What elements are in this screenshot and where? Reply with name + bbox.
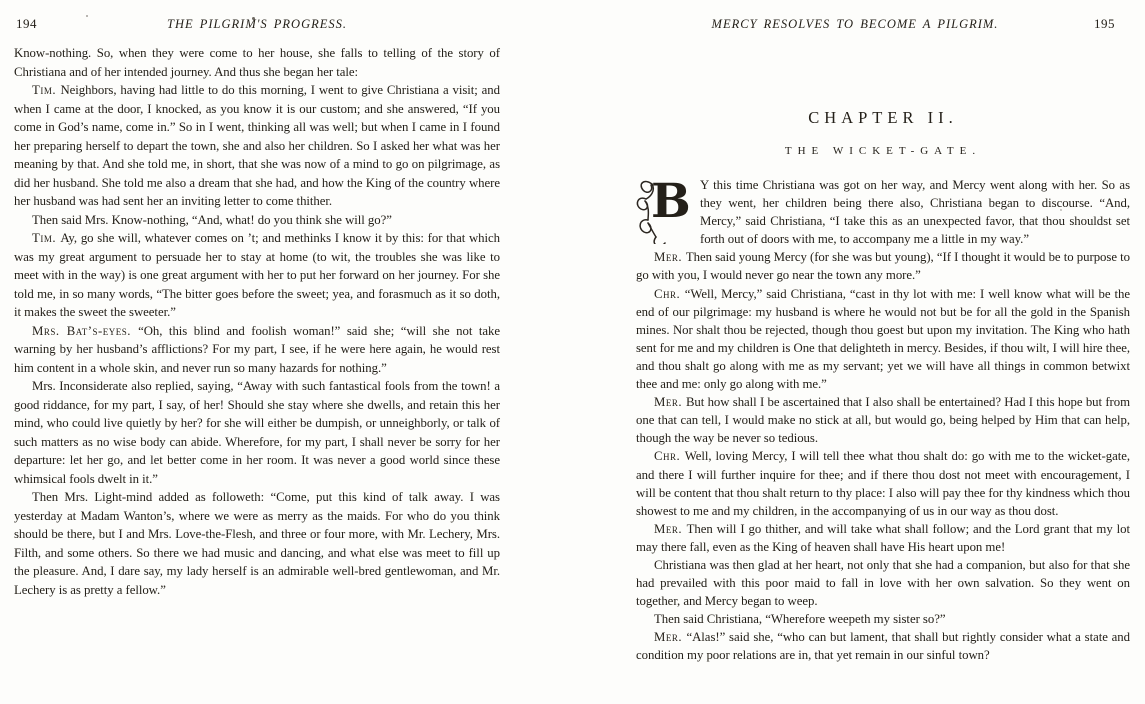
- scan-speck: [86, 15, 88, 17]
- speaker-label: Mer.: [654, 395, 686, 409]
- speaker-label: Chr.: [654, 287, 685, 301]
- right-page-paragraphs: Mer. Then said young Mercy (for she was …: [636, 248, 1130, 664]
- opening-paragraph-text: Y this time Christiana was got on her wa…: [700, 178, 1130, 246]
- paragraph: Mer. Then will I go thither, and will ta…: [636, 520, 1130, 556]
- paragraph: Then said Mrs. Know-nothing, “And, what!…: [14, 211, 500, 230]
- paragraph: Chr. “Well, Mercy,” said Christiana, “ca…: [636, 285, 1130, 394]
- speaker-label: Tim.: [32, 83, 60, 97]
- right-page-text: B Y this time Christiana was got on her …: [636, 176, 1130, 665]
- running-header-right: MERCY RESOLVES TO BECOME A PILGRIM.: [620, 17, 1090, 32]
- running-header-left: THE PILGRIM'S PROGRESS.: [14, 17, 500, 32]
- opening-paragraph: B Y this time Christiana was got on her …: [636, 176, 1130, 248]
- speaker-label: Mer.: [654, 522, 687, 536]
- paragraph: Mer. “Alas!” said she, “who can but lame…: [636, 628, 1130, 664]
- chapter-subtitle: THE WICKET-GATE.: [636, 145, 1130, 157]
- paragraph: Chr. Well, loving Mercy, I will tell the…: [636, 447, 1130, 519]
- book-spread: 194 THE PILGRIM'S PROGRESS. MERCY RESOLV…: [0, 0, 1145, 704]
- speaker-label: Tim.: [32, 231, 60, 245]
- paragraph: Mrs. Bat’s-eyes. “Oh, this blind and foo…: [14, 322, 500, 378]
- speaker-label: Chr.: [654, 449, 685, 463]
- scan-speck: [252, 17, 255, 20]
- speaker-label: Mer.: [654, 250, 686, 264]
- paragraph: Then said Christiana, “Wherefore weepeth…: [636, 610, 1130, 628]
- paragraph: Tim. Neighbors, having had little to do …: [14, 81, 500, 211]
- paragraph: Mrs. Inconsiderate also replied, saying,…: [14, 377, 500, 488]
- speaker-label: Mer.: [654, 630, 686, 644]
- page-number-right: 195: [1094, 16, 1115, 32]
- paragraph: Mer. But how shall I be ascertained that…: [636, 393, 1130, 447]
- paragraph: Tim. Ay, go she will, whatever comes on …: [14, 229, 500, 322]
- drop-cap-initial: B: [651, 172, 691, 232]
- paragraph: Then Mrs. Light-mind added as followeth:…: [14, 488, 500, 599]
- paragraph: Know-nothing. So, when they were come to…: [14, 44, 500, 81]
- paragraph: Mer. Then said young Mercy (for she was …: [636, 248, 1130, 284]
- paragraph: Christiana was then glad at her heart, n…: [636, 556, 1130, 610]
- scan-speck: [1060, 209, 1062, 211]
- speaker-label: Mrs. Bat’s-eyes.: [32, 324, 138, 338]
- chapter-title: CHAPTER II.: [636, 108, 1130, 128]
- left-page-text: Know-nothing. So, when they were come to…: [14, 44, 500, 599]
- drop-cap: B: [636, 178, 692, 244]
